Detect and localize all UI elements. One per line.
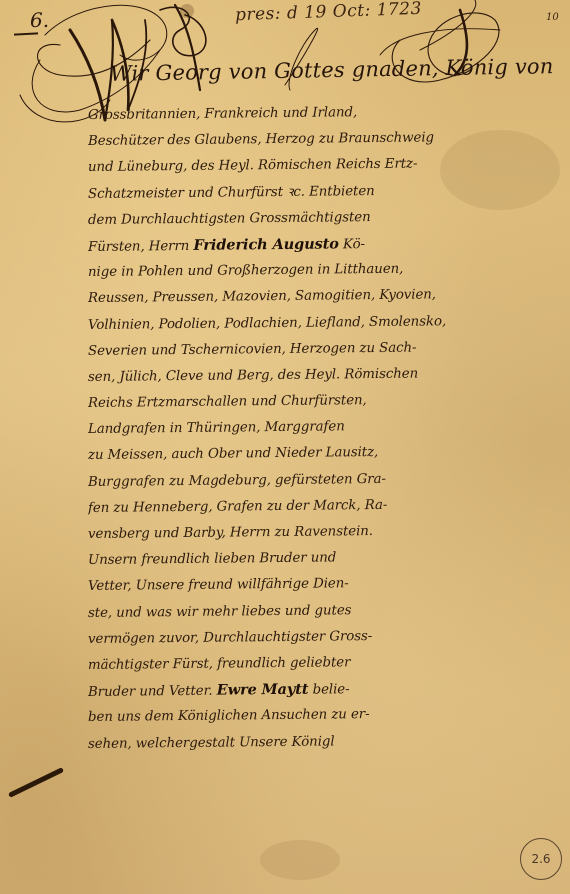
archive-number-stamp: 2.6	[520, 838, 562, 880]
page-number: 10	[546, 12, 559, 23]
emphasized-text: Ewre Maytt	[217, 681, 309, 699]
letter-page: 6. pres: d 19 Oct: 1723 10 Wir Georg von…	[0, 0, 570, 894]
letter-body: Grossbritannien, Frankreich und Irland, …	[88, 103, 558, 758]
emphasized-text: Friderich Augusto	[193, 235, 339, 254]
archive-number: 2.6	[531, 852, 550, 866]
text-line: sehen, welchergestalt Unsere Königl	[88, 727, 558, 758]
folio-number: 6.	[30, 8, 49, 32]
